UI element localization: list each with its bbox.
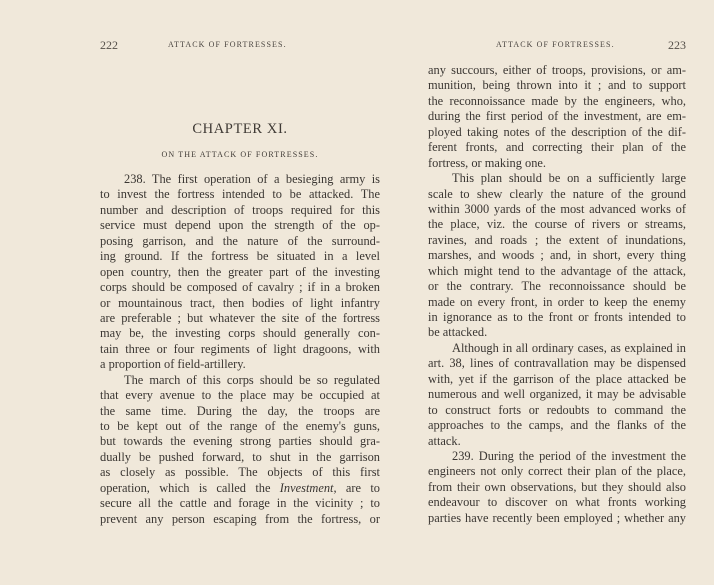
text-line: to be kept out of the range of the enemy…: [100, 419, 380, 434]
text-line: to invest the fortress intended to be at…: [100, 187, 380, 202]
text-line: engineers not only correct their plan of…: [428, 464, 686, 479]
text-line: ing ground. If the fortress be situated …: [100, 249, 380, 264]
text-line-with-italic: operation, which is called the Investmen…: [100, 481, 380, 496]
text-line: are preferable ; but whatever the site o…: [100, 311, 380, 326]
text-line: or mountainous tract, then bodies of lig…: [100, 296, 380, 311]
text-line: 239. During the period of the investment…: [428, 449, 686, 464]
text-line: secure all the cattle and forage in the …: [100, 496, 380, 511]
page-number: 223: [668, 38, 686, 53]
text-fragment: operation, which is called the: [100, 481, 280, 495]
text-line: ravines, and roads ; the extent of inund…: [428, 233, 686, 248]
text-line: art. 38, lines of contravallation may be…: [428, 356, 686, 371]
text-fragment: are to: [337, 481, 380, 495]
text-line: parties have recently been employed ; wh…: [428, 511, 686, 526]
text-line: corps should be composed of cavalry ; if…: [100, 280, 380, 295]
text-line: ferent fronts, and correcting their plan…: [428, 140, 686, 155]
text-line: be attacked.: [428, 325, 686, 340]
text-line: the reconnoissance made by the engineers…: [428, 94, 686, 109]
text-line: from their own observations, but they sh…: [428, 480, 686, 495]
text-line: approaches to the camps, and the flanks …: [428, 418, 686, 433]
text-line: or the contrary. The reconnoissance shou…: [428, 279, 686, 294]
left-running-head: 222 ATTACK OF FORTRESSES.: [100, 40, 380, 54]
text-line: that every avenue to the place may be oc…: [100, 388, 380, 403]
chapter-subtitle: ON THE ATTACK OF FORTRESSES.: [100, 150, 380, 159]
text-line: The march of this corps should be so reg…: [100, 373, 380, 388]
text-line: Although in all ordinary cases, as expla…: [428, 341, 686, 356]
right-running-head: ATTACK OF FORTRESSES. 223: [428, 40, 686, 54]
text-line: ployed taking notes of the description o…: [428, 125, 686, 140]
text-line: 238. The first operation of a besieging …: [100, 172, 380, 187]
text-line: but towards the evening strong parties s…: [100, 434, 380, 449]
text-line: may be, the investing corps should gener…: [100, 326, 380, 341]
italic-term-investment: Investment,: [280, 481, 337, 495]
running-head-title: ATTACK OF FORTRESSES.: [496, 40, 615, 49]
text-line: the place, viz. the course of rivers or …: [428, 217, 686, 232]
left-body-text: 238. The first operation of a besieging …: [100, 172, 380, 527]
text-line: with, yet if the garrison of the place a…: [428, 372, 686, 387]
text-line: tain three or four regiments of light dr…: [100, 342, 380, 357]
text-line: service must depend upon the strength of…: [100, 218, 380, 233]
text-line: a proportion of field-artillery.: [100, 357, 380, 372]
text-line: posing garrison, and the nature of the s…: [100, 234, 380, 249]
text-line: fortress, or making one.: [428, 156, 686, 171]
text-line: as closely as possible. The objects of t…: [100, 465, 380, 480]
text-line: scale to shew clearly the nature of the …: [428, 187, 686, 202]
text-line: munition, being thrown into it ; and to …: [428, 78, 686, 93]
text-line: attack.: [428, 434, 686, 449]
text-line: number and description of troops require…: [100, 203, 380, 218]
text-line: This plan should be on a sufficiently la…: [428, 171, 686, 186]
right-page: ATTACK OF FORTRESSES. 223 any succours, …: [428, 0, 686, 585]
right-body-text: any succours, either of troops, provisio…: [428, 63, 686, 526]
text-line: within 3000 yards of the most advanced w…: [428, 202, 686, 217]
text-line: any succours, either of troops, provisio…: [428, 63, 686, 78]
text-line: prevent any person escaping from the for…: [100, 512, 380, 527]
text-line: dually be pushed forward, to shut in the…: [100, 450, 380, 465]
text-line: the same time. During the day, the troop…: [100, 404, 380, 419]
text-line: open country, then the greater part of t…: [100, 265, 380, 280]
text-line: which might tend to the advantage of the…: [428, 264, 686, 279]
text-line: to construct forts or redoubts to comman…: [428, 403, 686, 418]
text-line: in ignorance as to the front or fronts i…: [428, 310, 686, 325]
chapter-title: CHAPTER XI.: [100, 121, 380, 138]
left-page: 222 ATTACK OF FORTRESSES. CHAPTER XI. ON…: [100, 0, 380, 585]
text-line: numerous and well organized, it may be a…: [428, 387, 686, 402]
text-line: during the first period of the investmen…: [428, 109, 686, 124]
running-head-title: ATTACK OF FORTRESSES.: [168, 40, 287, 49]
text-line: made on every front, in order to keep th…: [428, 295, 686, 310]
page-number: 222: [100, 38, 118, 53]
text-line: endeavour to discover on what fronts wor…: [428, 495, 686, 510]
text-line: marshes, and woods ; and, in short, ever…: [428, 248, 686, 263]
